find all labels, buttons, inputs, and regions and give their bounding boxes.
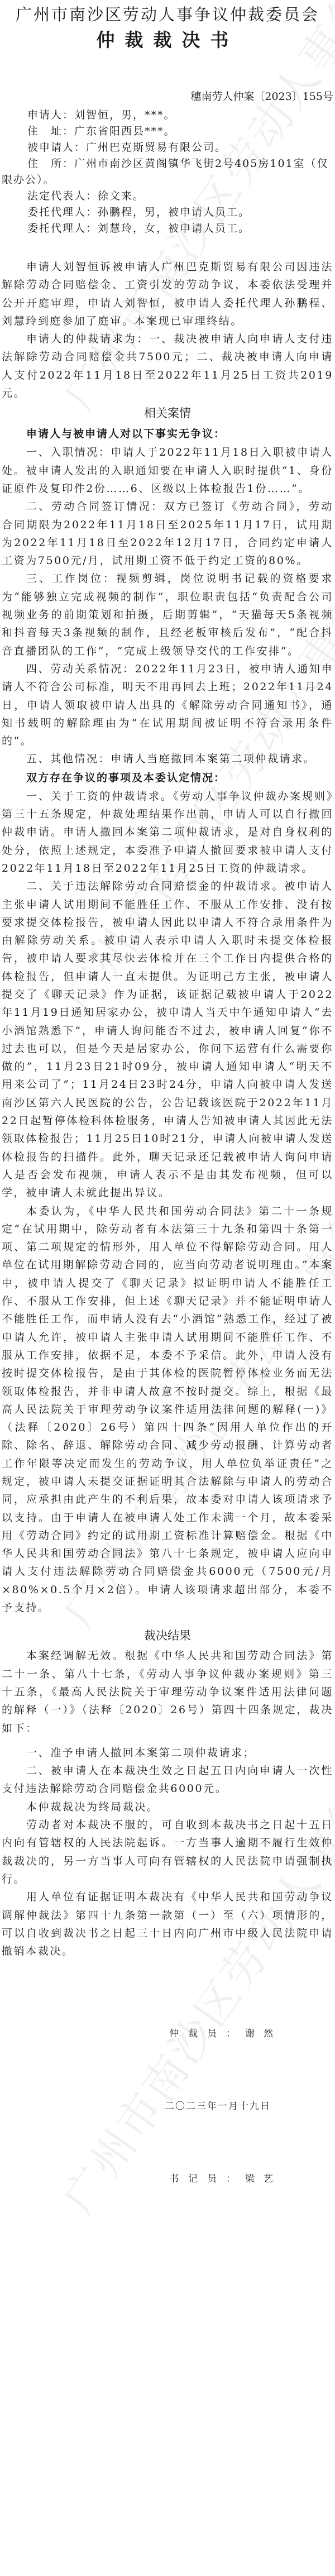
document-title: 仲裁裁决书 <box>2 28 333 52</box>
dispute-wages: 一、关于工资的仲裁请求。《劳动人事争议仲裁办案规则》第三十五条规定，仲裁处理结果… <box>2 787 333 877</box>
fact-other: 五、其他情况：申请人当庭撤回本案第二项仲裁请求。 <box>2 750 333 768</box>
employer-revocation-notice: 用人单位有证据证明本裁决有《中华人民共和国劳动争议调解仲裁法》第四十九条第一款第… <box>2 1888 333 1960</box>
parties-section: 申请人：刘智恒，男，***。 住 址：广东省阳西县***。 被申请人：广州巴克斯… <box>2 107 333 237</box>
case-intro: 申请人刘智恒诉被申请人广州巴克斯贸易有限公司因违法解除劳动合同赔偿金、工资引发的… <box>2 258 333 330</box>
case-number: 穗南劳人仲案〔2023〕155号 <box>2 89 333 104</box>
legal-representative: 法定代表人：徐文来。 <box>2 188 333 204</box>
undisputed-heading: 申请人与被申请人对以下事实无争议： <box>2 424 333 443</box>
arbitrator-name: 谢然 <box>245 2027 282 2040</box>
applicant-line: 申请人：刘智恒，男，***。 <box>2 107 333 123</box>
respondent-line: 被申请人：广州巴克斯贸易有限公司。 <box>2 140 333 156</box>
agent-1: 委托代理人：孙鹏程，男，被申请人员工。 <box>2 204 333 221</box>
final-award-notice: 本仲裁裁决为终局裁决。 <box>2 1798 333 1816</box>
arbitration-claims: 申请人的仲裁请求为：一、裁决被申请人向申请人支付违法解除劳动合同赔偿金共7500… <box>2 330 333 402</box>
fact-position: 三、工作岗位：视频剪辑，岗位说明书记载的资格要求为“能够独立完成视频的制作”，职… <box>2 570 333 659</box>
committee-opinion: 本委认为，《中华人民共和国劳动合同法》第二十一条规定“在试用期中，除劳动者有本法… <box>2 1202 333 1617</box>
section-heading-award: 裁决结果 <box>2 1624 333 1647</box>
clerk-signature: 书记员：梁艺 <box>169 2172 333 2195</box>
award-basis: 本案经调解无效。根据《中华人民共和国劳动合同法》第二十一条、第八十七条，《劳动人… <box>2 1647 333 1737</box>
arbitrator-role: 仲裁员： <box>169 2027 245 2040</box>
organization-name: 广州市南沙区劳动人事争议仲裁委员会 <box>2 0 333 26</box>
award-date-text: 二〇二三年一月十九日 <box>165 2101 271 2112</box>
arbitrator-signature: 仲裁员：谢然 <box>169 2027 333 2100</box>
fact-employment: 一、入职情况：申请人于2022年11月18日入职被申请人处。被申请人发出的入职通… <box>2 443 333 498</box>
signature-block: 仲裁员：谢然 二〇二三年一月十九日 书记员：梁艺 <box>2 2027 333 2195</box>
section-heading-case-facts: 相关案情 <box>2 402 333 424</box>
fact-contract: 二、劳动合同签订情况：双方已签订《劳动合同》，劳动合同期限为2022年11月18… <box>2 498 333 570</box>
award-item-1: 一、准予申请人撤回本案第二项仲裁请求； <box>2 1744 333 1762</box>
agent-2: 委托代理人：刘慧玲，女，被申请人员工。 <box>2 221 333 237</box>
clerk-name: 梁艺 <box>245 2172 282 2186</box>
disputed-heading: 双方存在争议的事项及本委认定情况： <box>2 768 333 787</box>
dispute-compensation: 二、关于违法解除劳动合同赔偿金的仲裁请求。被申请人主张申请人试用期间不能胜任工作… <box>2 877 333 1202</box>
document-body: 广州市南沙区劳动人事争议仲裁委员会 仲裁裁决书 穗南劳人仲案〔2023〕155号… <box>0 0 335 2195</box>
intro-section: 申请人刘智恒诉被申请人广州巴克斯贸易有限公司因违法解除劳动合同赔偿金、工资引发的… <box>2 258 333 402</box>
worker-appeal-notice: 劳动者对本裁决不服的，可自收到本裁决书之日起十五日内向有管辖权的人民法院起诉。一… <box>2 1816 333 1888</box>
award-item-2: 二、被申请人在本裁决生效之日起五日内向申请人一次性支付违法解除劳动合同赔偿金共6… <box>2 1762 333 1798</box>
applicant-address: 住 址：广东省阳西县***。 <box>2 123 333 140</box>
award-date: 二〇二三年一月十九日 <box>165 2100 333 2172</box>
respondent-address: 住 所：广州市南沙区黄阁镇华飞街2号405房101室（仅限办公）。 <box>2 156 333 188</box>
arbitration-award-document: 广州市南沙区劳动人事争议仲裁 广州市南沙区劳动人事争议仲裁 广州市南沙区劳动人事… <box>0 0 335 2576</box>
fact-termination: 四、劳动关系情况：2022年11月23日，被申请人通知申请人不符合公司标准，明天… <box>2 660 333 750</box>
clerk-role: 书记员： <box>169 2172 245 2186</box>
